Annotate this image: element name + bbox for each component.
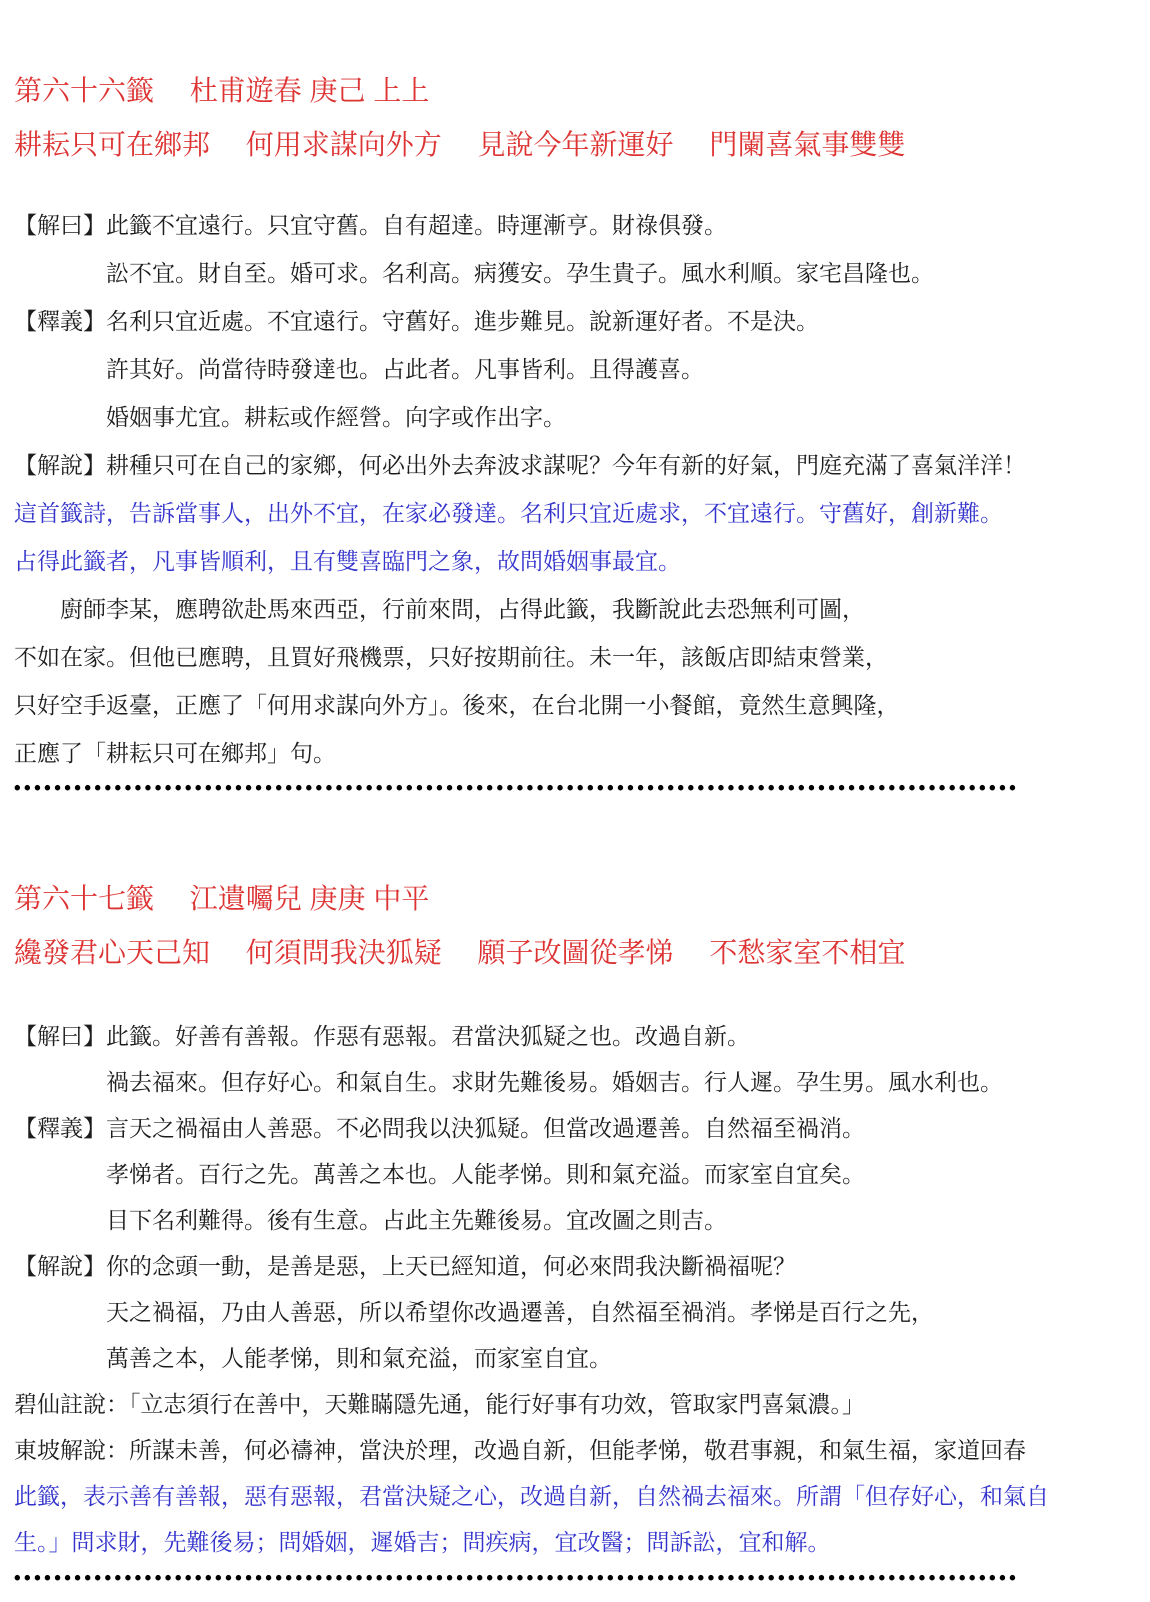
fortune-lot-document: 第六十六籤 杜甫遊春 庚己 上上 耕耘只可在鄉邦 何用求謀向外方 見說今年新運好…	[0, 73, 1150, 1589]
lot-66-section: 第六十六籤 杜甫遊春 庚己 上上 耕耘只可在鄉邦 何用求謀向外方 見說今年新運好…	[14, 73, 1142, 799]
lot-67-shiyi-line: 孝悌者。百行之先。萬善之本也。人能孝悌。則和氣充溢。而家室自宜矣。	[14, 1151, 1142, 1197]
lot-67-shiyi-line: 目下名利難得。後有生意。占此主先難後易。宜改圖之則吉。	[14, 1197, 1142, 1243]
lot-66-shiyi-line: 許其好。尚當待時發達也。占此者。凡事皆利。且得護喜。	[14, 345, 1142, 393]
lot-67-jieshuo-line: 【解說】你的念頭一動，是善是惡，上天已經知道，何必來問我決斷禍福呢？	[14, 1243, 1142, 1289]
lot-66-jieshuo-line: 【解說】耕種只可在自己的家鄉，何必出外去奔波求謀呢？今年有新的好氣，門庭充滿了喜…	[14, 441, 1142, 489]
lot-66-poem: 耕耘只可在鄉邦 何用求謀向外方 見說今年新運好 門闌喜氣事雙雙	[14, 127, 1142, 163]
dotted-separator: ••••••••••••••••••••••••••••••••••••••••…	[14, 1569, 1142, 1589]
lot-66-commentary-blue-line: 這首籤詩，告訴當事人，出外不宜，在家必發達。名利只宜近處求，不宜遠行。守舊好，創…	[14, 489, 1142, 537]
lot-67-body: 【解曰】此籤。好善有善報。作惡有惡報。君當決狐疑之也。改過自新。 禍去福來。但存…	[14, 1013, 1142, 1565]
lot-67-commentary-blue-line: 生。」問求財，先難後易；問婚姻，遲婚吉；問疾病，宜改醫；問訴訟，宜和解。	[14, 1519, 1142, 1565]
lot-66-shiyi-line: 婚姻事尤宜。耕耘或作經營。向字或作出字。	[14, 393, 1142, 441]
lot-67-jieyue-line: 禍去福來。但存好心。和氣自生。求財先難後易。婚姻吉。行人遲。孕生男。風水利也。	[14, 1059, 1142, 1105]
lot-67-shiyi-line: 【釋義】言天之禍福由人善惡。不必問我以決狐疑。但當改過遷善。自然福至禍消。	[14, 1105, 1142, 1151]
lot-66-story-line: 正應了「耕耘只可在鄉邦」句。	[14, 729, 1142, 777]
lot-66-body: 【解曰】此籤不宜遠行。只宜守舊。自有超達。時運漸亨。財祿俱發。 訟不宜。財自至。…	[14, 201, 1142, 777]
lot-67-jieshuo-line: 萬善之本，人能孝悌，則和氣充溢，而家室自宜。	[14, 1335, 1142, 1381]
lot-66-story-line: 不如在家。但他已應聘，且買好飛機票，只好按期前往。未一年，該飯店即結束營業，	[14, 633, 1142, 681]
lot-67-jieyue-line: 【解曰】此籤。好善有善報。作惡有惡報。君當決狐疑之也。改過自新。	[14, 1013, 1142, 1059]
lot-66-jieyue-line: 訟不宜。財自至。婚可求。名利高。病獲安。孕生貴子。風水利順。家宅昌隆也。	[14, 249, 1142, 297]
lot-66-commentary-blue-line: 占得此籤者，凡事皆順利，且有雙喜臨門之象，故問婚姻事最宜。	[14, 537, 1142, 585]
lot-66-jieyue-line: 【解曰】此籤不宜遠行。只宜守舊。自有超達。時運漸亨。財祿俱發。	[14, 201, 1142, 249]
lot-66-shiyi-line: 【釋義】名利只宜近處。不宜遠行。守舊好。進步難見。說新運好者。不是決。	[14, 297, 1142, 345]
lot-67-section: 第六十七籤 江遺囑兒 庚庚 中平 纔發君心天己知 何須問我決狐疑 願子改圖從孝悌…	[14, 881, 1142, 1589]
lot-67-bixian-note-line: 碧仙註說：「立志須行在善中，天難瞞隱先通，能行好事有功效，管取家門喜氣濃。」	[14, 1381, 1142, 1427]
lot-67-commentary-blue-line: 此籤，表示善有善報，惡有惡報，君當決疑之心，改過自新，自然禍去福來。所謂「但存好…	[14, 1473, 1142, 1519]
dotted-separator: ••••••••••••••••••••••••••••••••••••••••…	[14, 779, 1142, 799]
lot-66-story-line: 只好空手返臺，正應了「何用求謀向外方」。後來，在台北開一小餐館，竟然生意興隆，	[14, 681, 1142, 729]
lot-66-story-line: 廚師李某，應聘欲赴馬來西亞，行前來問，占得此籤，我斷說此去恐無利可圖，	[14, 585, 1142, 633]
lot-66-title: 第六十六籤 杜甫遊春 庚己 上上	[14, 73, 1142, 109]
lot-67-dongpo-note-line: 東坡解說：所謀未善，何必禱神，當決於理，改過自新，但能孝悌，敬君事親，和氣生福，…	[14, 1427, 1142, 1473]
lot-67-jieshuo-line: 天之禍福，乃由人善惡，所以希望你改過遷善，自然福至禍消。孝悌是百行之先，	[14, 1289, 1142, 1335]
lot-67-poem: 纔發君心天己知 何須問我決狐疑 願子改圖從孝悌 不愁家室不相宜	[14, 935, 1142, 971]
lot-67-title: 第六十七籤 江遺囑兒 庚庚 中平	[14, 881, 1142, 917]
